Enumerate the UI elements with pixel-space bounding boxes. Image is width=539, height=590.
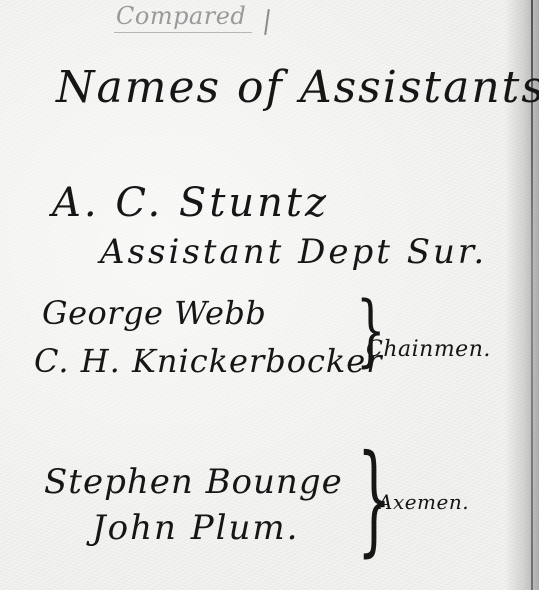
axeman-name: John Plum. <box>92 508 299 548</box>
chainman-name: C. H. Knickerbocker <box>34 342 383 380</box>
chainman-name: George Webb <box>42 294 266 332</box>
assistant-name: A. C. Stuntz <box>52 180 329 226</box>
axeman-name: Stephen Bounge <box>44 462 343 502</box>
compared-stamp: Compared <box>114 2 252 33</box>
stamp-mark <box>264 9 270 35</box>
chainmen-role: Chainmen. <box>366 337 491 362</box>
scanned-page: Compared Names of Assistants. A. C. Stun… <box>0 0 539 590</box>
page-title: Names of Assistants. <box>56 62 539 113</box>
axemen-role: Axemen. <box>378 490 469 514</box>
assistant-role: Assistant Dept Sur. <box>100 232 487 272</box>
